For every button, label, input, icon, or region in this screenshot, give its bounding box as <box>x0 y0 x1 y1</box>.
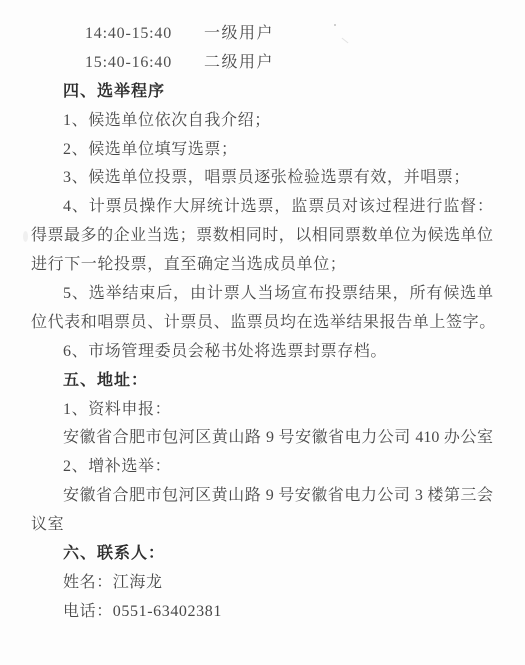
schedule-row: 15:40-16:40二级用户 <box>31 49 493 78</box>
address-line: 安徽省合肥市包河区黄山路 9 号安徽省电力公司 3 楼第三会 <box>31 482 493 511</box>
document-content: 14:40-15:40一级用户 15:40-16:40二级用户 四、选举程序 1… <box>31 20 493 627</box>
list-item: 2、候选单位填写选票； <box>31 136 493 165</box>
list-item: 5、选举结束后，由计票人当场宣布投票结果，所有候选单 <box>31 280 493 309</box>
paragraph-line: 进行下一轮投票，直至确定当选成员单位； <box>31 251 493 280</box>
section-heading-contact: 六、联系人： <box>31 540 493 569</box>
address-line: 安徽省合肥市包河区黄山路 9 号安徽省电力公司 410 办公室 <box>31 424 493 453</box>
address-line-wrap: 议室 <box>31 511 493 540</box>
schedule-time: 15:40-16:40 <box>85 49 172 78</box>
schedule-label: 二级用户 <box>204 54 274 71</box>
schedule-time: 14:40-15:40 <box>85 20 172 49</box>
list-item: 3、候选单位投票，唱票员逐张检验选票有效，并唱票； <box>31 164 493 193</box>
schedule-label: 一级用户 <box>204 25 274 42</box>
contact-name-line: 姓名：江海龙 <box>31 569 493 598</box>
document-page: 14:40-15:40一级用户 15:40-16:40二级用户 四、选举程序 1… <box>0 0 525 665</box>
list-item: 2、增补选举： <box>31 453 493 482</box>
list-item: 6、市场管理委员会秘书处将选票封票存档。 <box>31 338 493 367</box>
list-item: 4、计票员操作大屏统计选票，监票员对该过程进行监督： <box>31 193 493 222</box>
schedule-row: 14:40-15:40一级用户 <box>31 20 493 49</box>
paragraph-line: 位代表和唱票员、计票员、监票员均在选举结果报告单上签字。 <box>31 309 493 338</box>
scan-smudge <box>23 231 28 242</box>
list-item: 1、资料申报： <box>31 396 493 425</box>
section-heading-address: 五、地址： <box>31 367 493 396</box>
list-item: 1、候选单位依次自我介绍； <box>31 107 493 136</box>
paragraph-line: 得票最多的企业当选；票数相同时，以相同票数单位为候选单位 <box>31 222 493 251</box>
section-heading-election-procedure: 四、选举程序 <box>31 78 493 107</box>
contact-phone-line: 电话：0551-63402381 <box>31 598 493 627</box>
